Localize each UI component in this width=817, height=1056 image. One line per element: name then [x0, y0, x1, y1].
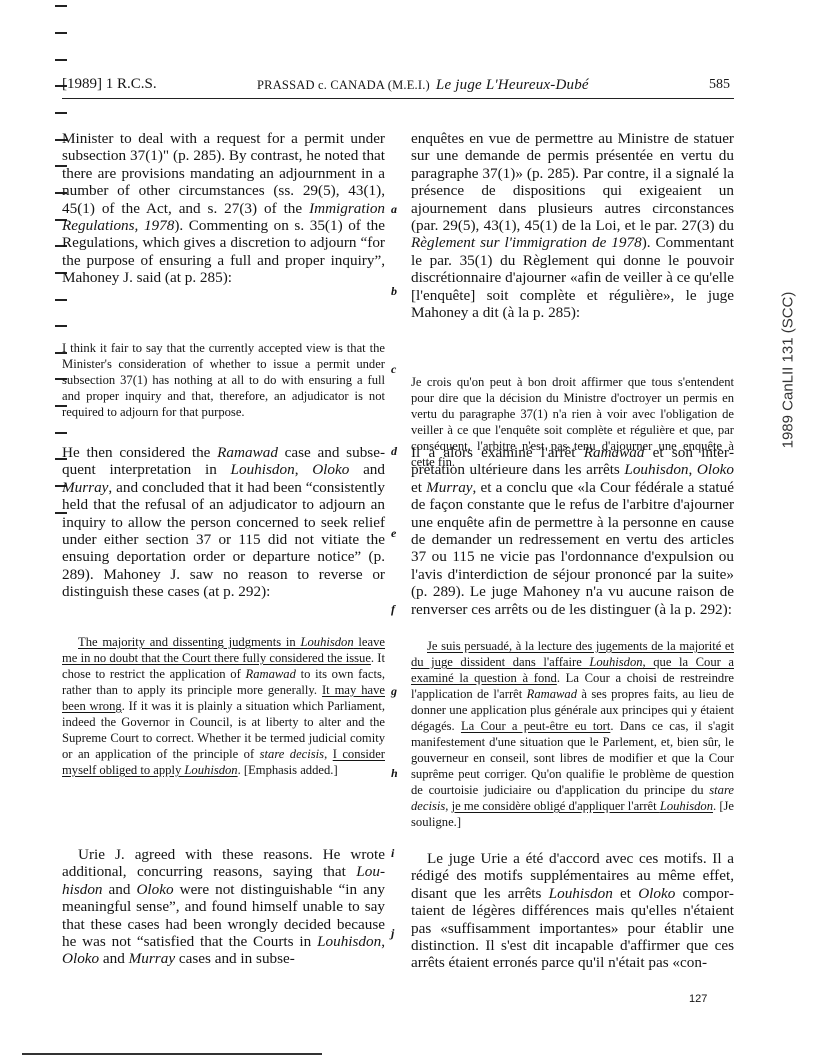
block-quote: The majority and dissenting judgments in…	[62, 634, 385, 778]
margin-rule	[55, 32, 67, 34]
running-header: [1989] 1 R.C.S. PRASSAD c. CANADA (M.E.I…	[62, 76, 734, 99]
margin-letter: h	[391, 766, 398, 781]
margin-rule	[55, 299, 67, 301]
paragraph: Minister to deal with a request for a pe…	[62, 130, 385, 287]
margin-letter: a	[391, 202, 397, 217]
margin-rule	[55, 432, 67, 434]
margin-letter: c	[391, 362, 396, 377]
paragraph: Il a alors examiné l'arrêt Ramawad et so…	[411, 444, 734, 618]
paragraph: enquêtes en vue de permettre au Ministre…	[411, 130, 734, 321]
margin-rule	[55, 59, 67, 61]
page-number: 585	[709, 77, 730, 93]
margin-letter: j	[391, 926, 394, 941]
scan-page-number: 127	[689, 993, 707, 1005]
block-quote: I think it fair to say that the currentl…	[62, 340, 385, 420]
paragraph: Le juge Urie a été d'accord avec ces mot…	[411, 850, 734, 972]
bottom-edge-line	[22, 1053, 322, 1055]
margin-letter: f	[391, 602, 395, 617]
report-citation: [1989] 1 R.C.S.	[62, 76, 157, 93]
case-title: PRASSAD c. CANADA (M.E.I.)Le juge L'Heur…	[257, 77, 589, 94]
paragraph: Urie J. agreed with these reasons. He wr…	[62, 846, 385, 968]
margin-letter: e	[391, 526, 396, 541]
paragraph: He then considered the Ramawad case and …	[62, 444, 385, 601]
margin-letter: b	[391, 284, 397, 299]
margin-rule	[55, 325, 67, 327]
margin-letter: i	[391, 846, 394, 861]
margin-rule	[55, 5, 67, 7]
canlii-citation-stamp: 1989 CanLII 131 (SCC)	[780, 292, 797, 449]
margin-letter: g	[391, 684, 397, 699]
margin-letter: d	[391, 444, 397, 459]
block-quote: Je suis persuadé, à la lecture des jugem…	[411, 638, 734, 830]
margin-rule	[55, 112, 67, 114]
judge-name: Le juge L'Heureux-Dubé	[436, 77, 589, 93]
